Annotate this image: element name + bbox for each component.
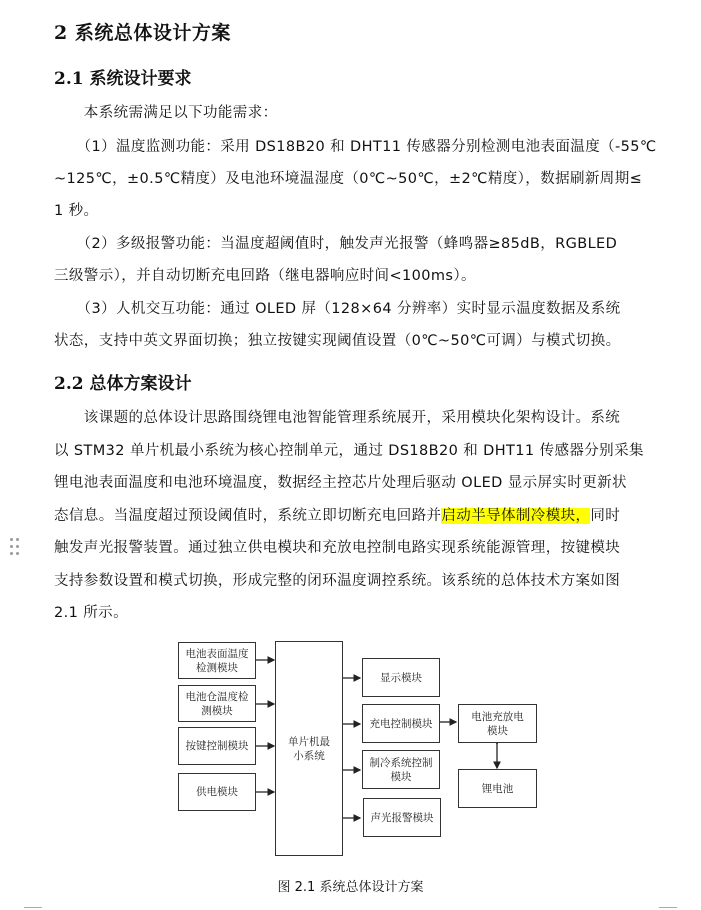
diagram-box-battery: 锂电池 [458,769,537,808]
diagram-box-bay-temp: 电池仓温度检测模块 [178,685,256,722]
page-corner-mark [659,907,677,908]
paragraph-line: 1 秒。 [54,201,664,221]
paragraph-line-highlighted: 态信息。当温度超过预设阈值时，系统立即切断充电回路并启动半导体制冷模块，同时 [54,506,664,526]
text-segment: 同时 [590,508,620,524]
paragraph-line: 锂电池表面温度和电池环境温度，数据经主控芯片处理后驱动 OLED 显示屏实时更新… [54,473,664,493]
figure-caption: 图 2.1 系统总体设计方案 [0,876,701,895]
diagram-box-display: 显示模块 [362,658,440,697]
paragraph-line: 该课题的总体设计思路围绕锂电池智能管理系统展开，采用模块化架构设计。系统 [54,408,664,428]
paragraph-line: （2）多级报警功能：当温度超阈值时，触发声光报警（蜂鸣器≥85dB，RGBLED [54,234,664,254]
diagram-box-mcu: 单片机最小系统 [275,641,343,856]
diagram-box-keys: 按键控制模块 [178,727,256,765]
drag-handle-icon[interactable] [10,538,22,558]
diagram-box-cooling-ctrl: 制冷系统控制模块 [362,750,440,789]
diagram-box-surface-temp: 电池表面温度检测模块 [178,642,256,679]
highlighted-text: 启动半导体制冷模块， [441,508,590,524]
section-heading-2-1: 2.1 系统设计要求 [54,64,192,89]
paragraph-line: （1）温度监测功能：采用 DS18B20 和 DHT11 传感器分别检测电池表面… [54,137,664,157]
paragraph-line: 2.1 所示。 [54,603,664,623]
diagram-box-charge-discharge: 电池充放电模块 [458,704,537,743]
paragraph-line: （3）人机交互功能：通过 OLED 屏（128×64 分辨率）实时显示温度数据及… [54,299,664,319]
paragraph-line: 以 STM32 单片机最小系统为核心控制单元，通过 DS18B20 和 DHT1… [54,441,664,461]
paragraph-line: ~125℃，±0.5℃精度）及电池环境温湿度（0℃~50℃，±2℃精度），数据刷… [54,169,664,189]
diagram-box-power: 供电模块 [178,773,256,811]
paragraph-line: 支持参数设置和模式切换，形成完整的闭环温度调控系统。该系统的总体技术方案如图 [54,571,664,591]
diagram-box-alarm: 声光报警模块 [363,798,441,837]
diagram-box-charge-ctrl: 充电控制模块 [362,704,440,743]
paragraph-line: 触发声光报警装置。通过独立供电模块和充放电控制电路实现系统能源管理，按键模块 [54,538,664,558]
text-segment: 态信息。当温度超过预设阈值时，系统立即切断充电回路并 [54,508,441,524]
chapter-heading: 2 系统总体设计方案 [54,18,231,45]
section-heading-2-2: 2.2 总体方案设计 [54,369,192,394]
paragraph-line: 状态，支持中英文界面切换；独立按键实现阈值设置（0℃~50℃可调）与模式切换。 [54,331,664,351]
page-corner-mark [24,907,42,908]
paragraph-line: 本系统需满足以下功能需求： [54,103,664,123]
paragraph-line: 三级警示），并自动切断充电回路（继电器响应时间<100ms）。 [54,266,664,286]
